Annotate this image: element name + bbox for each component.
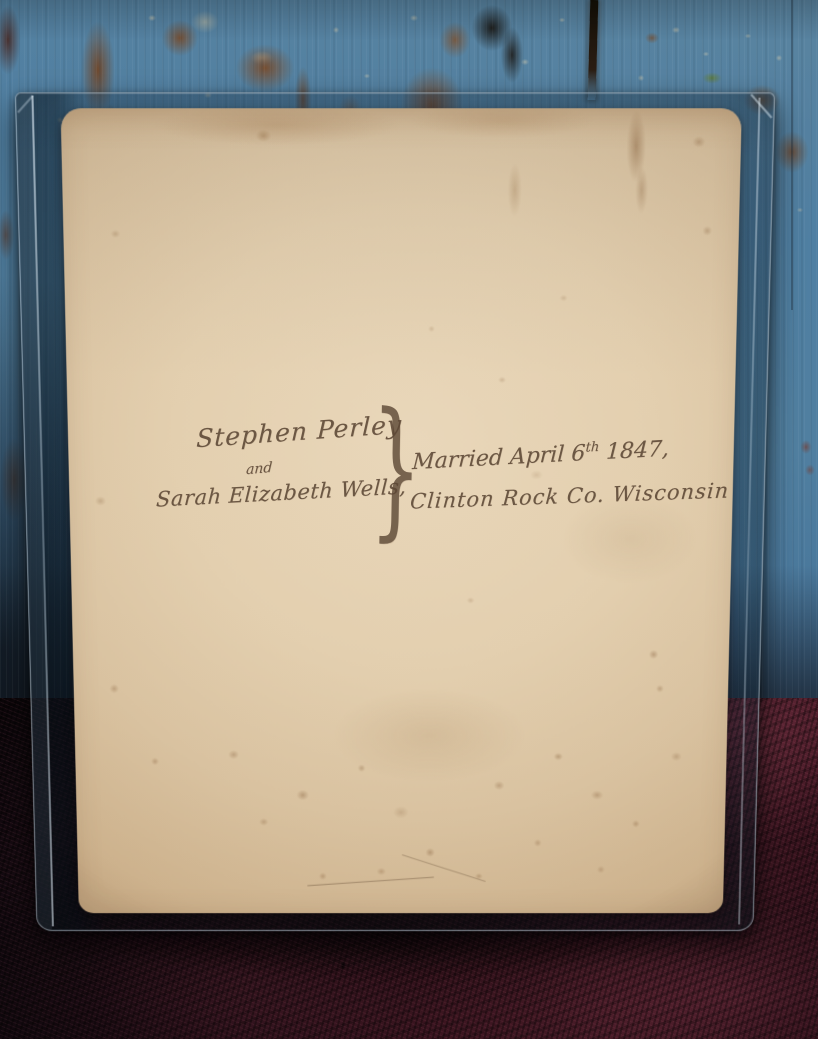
marriage-date-year: 1847, <box>598 437 669 466</box>
conjunction-script: and <box>246 460 273 478</box>
card-scratch <box>307 877 433 887</box>
sleeve-corner-bevel-right <box>750 94 772 119</box>
handwritten-inscription: Stephen Perley and Sarah Elizabeth Wells… <box>150 395 730 540</box>
marriage-location-script: Clinton Rock Co. Wisconsin <box>409 478 730 513</box>
wood-crack <box>588 0 599 100</box>
photo-scene: Stephen Perley and Sarah Elizabeth Wells… <box>0 0 818 1039</box>
marriage-date-prefix: Married April 6 <box>412 441 586 475</box>
wood-plank-seam <box>791 0 793 310</box>
marriage-date-ordinal: th <box>585 440 600 456</box>
marriage-date-script: Married April 6th 1847, <box>412 436 670 475</box>
